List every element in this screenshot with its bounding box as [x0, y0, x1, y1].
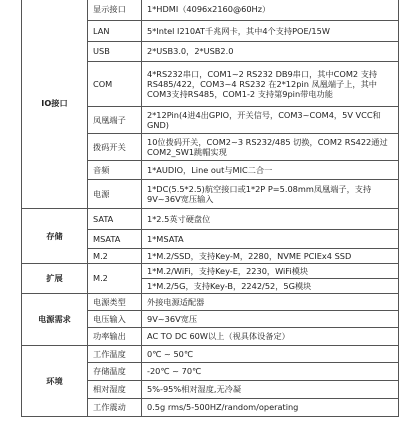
section-storage: 存储 — [22, 208, 88, 263]
table-row: 电源需求 电源类型 外接电源适配器 — [22, 293, 399, 310]
spec-table: IO接口 显示接口 1*HDMI（4096x2160@60Hz） LAN 5*I… — [21, 0, 399, 417]
row-value: 5%-95%相对湿度,无冷凝 — [142, 380, 399, 398]
row-label: COM — [88, 61, 142, 106]
row-label: M.2 — [88, 248, 142, 263]
row-label: LAN — [88, 20, 142, 41]
row-value: AC TO DC 60W以上（视具体设备定） — [142, 327, 399, 345]
row-label: SATA — [88, 208, 142, 229]
row-value: 10位拨码开关，COM2~3 RS232/485 切换，COM2 RS422通过… — [142, 133, 399, 160]
table-row: 环境 工作温度 0℃ ~ 50℃ — [22, 345, 399, 362]
table-row: 存储 SATA 1*2.5英寸硬盘位 — [22, 208, 399, 229]
row-label: 工作温度 — [88, 345, 142, 362]
row-label: 拨码开关 — [88, 133, 142, 160]
row-value: 2*12Pin(4进4出GPIO，开关信号，COM3~COM4，5V VCC和G… — [142, 106, 399, 133]
row-value: 1*AUDIO，Line out与MIC二合一 — [142, 160, 399, 179]
row-value: 0.5g rms/5-500HZ/random/operating — [142, 398, 399, 416]
row-value: -20℃ ~ 70℃ — [142, 362, 399, 380]
row-label: 凤凰端子 — [88, 106, 142, 133]
section-environment: 环境 — [22, 345, 88, 416]
table-row: IO接口 显示接口 1*HDMI（4096x2160@60Hz） — [22, 0, 399, 20]
row-label: 电源 — [88, 179, 142, 208]
row-label: 电源类型 — [88, 293, 142, 310]
row-value: 0℃ ~ 50℃ — [142, 345, 399, 362]
row-value: 1*M.2/5G，支持Key-B，2242/52，5G模块 — [142, 278, 399, 293]
row-value: 1*2.5英寸硬盘位 — [142, 208, 399, 229]
row-value: 5*Intel I210AT千兆网卡，其中4个支持POE/15W — [142, 20, 399, 41]
row-value: 4*RS232串口，COM1~2 RS232 DB9串口，其中COM2 支持RS… — [142, 61, 399, 106]
row-value: 1*MSATA — [142, 229, 399, 248]
row-value: 1*HDMI（4096x2160@60Hz） — [142, 0, 399, 20]
row-value: 1*M.2/SSD，支持Key-M，2280，NVME PCIEx4 SSD — [142, 248, 399, 263]
row-value: 2*USB3.0，2*USB2.0 — [142, 41, 399, 61]
row-label: M.2 — [88, 263, 142, 293]
row-label: 功率输出 — [88, 327, 142, 345]
row-label: USB — [88, 41, 142, 61]
section-power: 电源需求 — [22, 293, 88, 345]
row-label: 工作震动 — [88, 398, 142, 416]
row-label: 存储温度 — [88, 362, 142, 380]
row-value: 9V~36V宽压 — [142, 310, 399, 327]
row-label: MSATA — [88, 229, 142, 248]
row-label: 音频 — [88, 160, 142, 179]
table-row: 扩展 M.2 1*M.2/WiFi，支持Key-E，2230，WiFi模块 — [22, 263, 399, 278]
section-io: IO接口 — [22, 0, 88, 208]
row-label: 相对湿度 — [88, 380, 142, 398]
row-value: 外接电源适配器 — [142, 293, 399, 310]
row-label: 显示接口 — [88, 0, 142, 20]
section-expansion: 扩展 — [22, 263, 88, 293]
row-value: 1*M.2/WiFi，支持Key-E，2230，WiFi模块 — [142, 263, 399, 278]
row-label: 电压输入 — [88, 310, 142, 327]
row-value: 1*DC(5.5*2.5)航空接口或1*2P P=5.08mm凤凰端子，支持9V… — [142, 179, 399, 208]
